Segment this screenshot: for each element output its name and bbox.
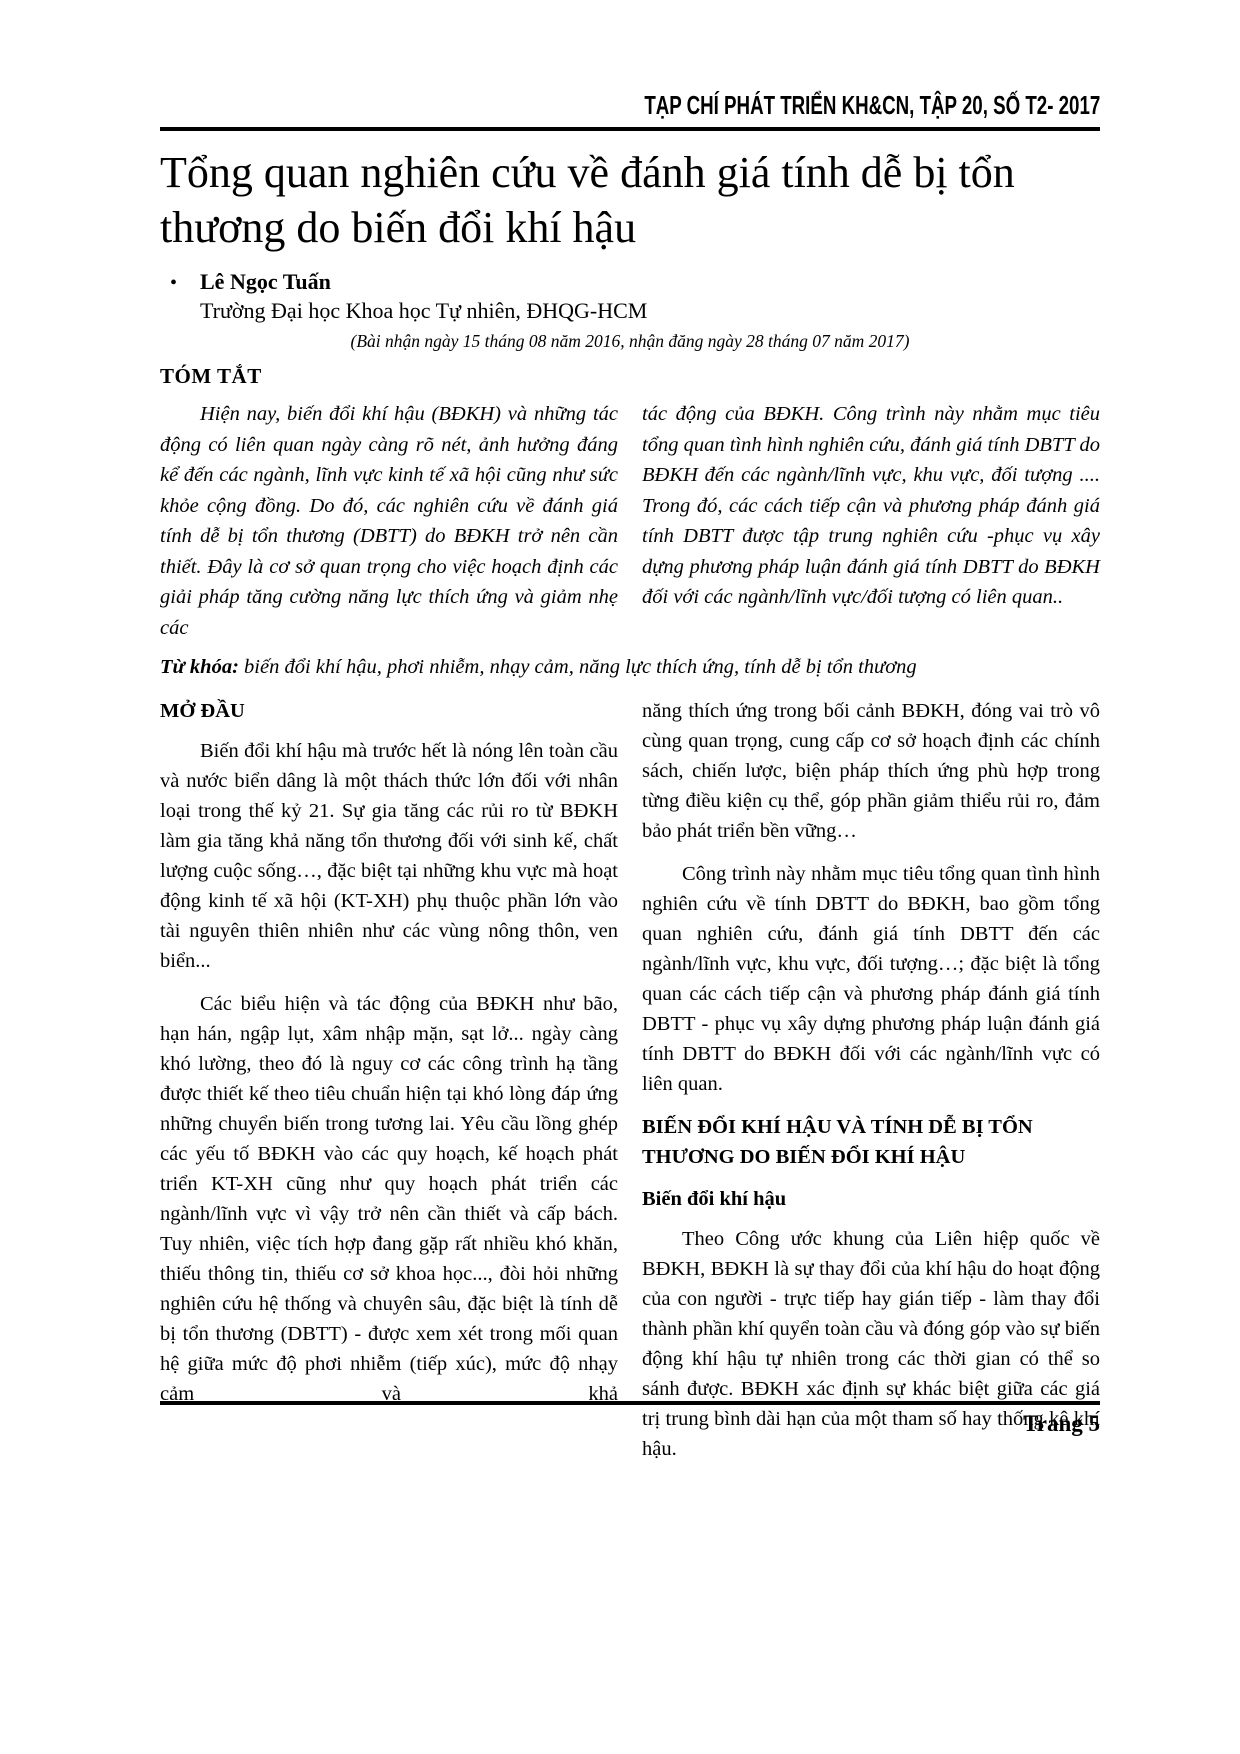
author-row: • Lê Ngọc Tuấn xyxy=(160,269,1100,295)
author-name: Lê Ngọc Tuấn xyxy=(200,269,331,295)
abstract-heading: TÓM TẮT xyxy=(160,364,1100,389)
author-affiliation: Trường Đại học Khoa học Tự nhiên, ĐHQG-H… xyxy=(200,298,1100,324)
keywords-label: Từ khóa: xyxy=(160,656,239,678)
body-columns: MỞ ĐẦU Biến đổi khí hậu mà trước hết là … xyxy=(160,696,1100,1464)
footer: Trang 5 xyxy=(160,1401,1100,1437)
body-column-right: năng thích ứng trong bối cảnh BĐKH, đóng… xyxy=(642,696,1100,1464)
bullet-icon: • xyxy=(170,272,200,295)
abstract-text-right: tác động của BĐKH. Công trình này nhằm m… xyxy=(642,399,1100,613)
intro-paragraph-1: Biến đổi khí hậu mà trước hết là nóng lê… xyxy=(160,736,618,976)
intro-paragraph-3: Công trình này nhằm mục tiêu tổng quan t… xyxy=(642,859,1100,1099)
received-dates-note: (Bài nhận ngày 15 tháng 08 năm 2016, nhậ… xyxy=(160,331,1100,352)
subsection-heading-climate-change: Biến đổi khí hậu xyxy=(642,1184,1100,1214)
header-rule xyxy=(160,127,1100,131)
section-heading-intro: MỞ ĐẦU xyxy=(160,696,618,726)
abstract-text-left: Hiện nay, biến đổi khí hậu (BĐKH) và nhữ… xyxy=(160,399,618,643)
body-column-left: MỞ ĐẦU Biến đổi khí hậu mà trước hết là … xyxy=(160,696,618,1464)
page-content: TẠP CHÍ PHÁT TRIỂN KH&CN, TẬP 20, SỐ T2-… xyxy=(160,90,1100,1464)
intro-paragraph-2-continued: năng thích ứng trong bối cảnh BĐKH, đóng… xyxy=(642,696,1100,846)
page-number: Trang 5 xyxy=(160,1411,1100,1437)
journal-name: TẠP CHÍ PHÁT TRIỂN KH&CN, TẬP 20, SỐ T2-… xyxy=(644,90,1100,121)
keywords-line: Từ khóa: biến đổi khí hậu, phơi nhiễm, n… xyxy=(160,656,1100,679)
abstract-column-left: Hiện nay, biến đổi khí hậu (BĐKH) và nhữ… xyxy=(160,399,618,643)
page-title: Tổng quan nghiên cứu về đánh giá tính dễ… xyxy=(160,145,1040,255)
journal-page: TẠP CHÍ PHÁT TRIỂN KH&CN, TẬP 20, SỐ T2-… xyxy=(0,0,1240,1754)
abstract-column-right: tác động của BĐKH. Công trình này nhằm m… xyxy=(642,399,1100,643)
intro-paragraph-2: Các biểu hiện và tác động của BĐKH như b… xyxy=(160,989,618,1409)
section-heading-climate-change: BIẾN ĐỔI KHÍ HẬU VÀ TÍNH DỄ BỊ TỔN THƯƠN… xyxy=(642,1112,1100,1172)
abstract-columns: Hiện nay, biến đổi khí hậu (BĐKH) và nhữ… xyxy=(160,399,1100,643)
running-head: TẠP CHÍ PHÁT TRIỂN KH&CN, TẬP 20, SỐ T2-… xyxy=(160,90,1100,121)
keywords-text: biến đổi khí hậu, phơi nhiễm, nhạy cảm, … xyxy=(239,656,917,678)
